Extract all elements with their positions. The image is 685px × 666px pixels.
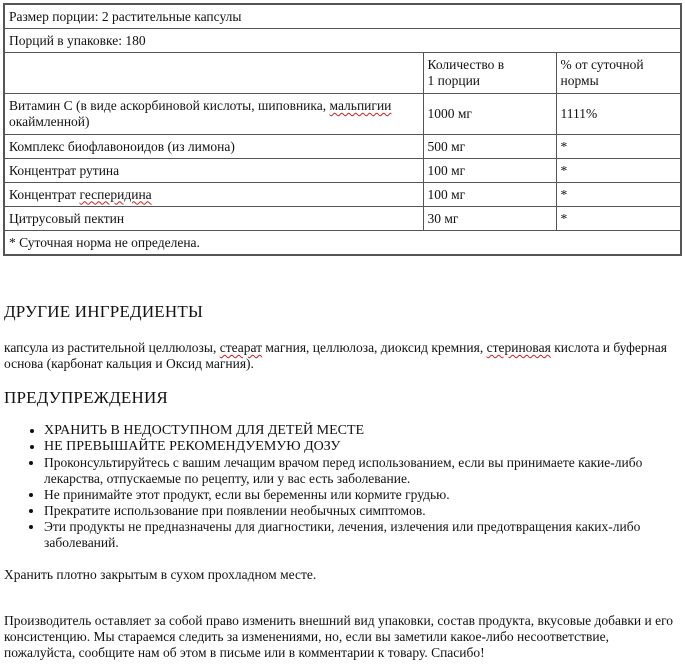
- header-daily-value-cell: % от суточной нормы: [556, 53, 681, 94]
- table-row: Цитрусовый пектин 30 мг *: [4, 207, 681, 231]
- daily-value-cell: *: [556, 135, 681, 159]
- amount-cell: 100 мг: [423, 183, 556, 207]
- header-amount-cell: Количество в 1 порции: [423, 53, 556, 94]
- header-amount-line1: Количество в: [428, 57, 505, 72]
- warnings-list: ХРАНИТЬ В НЕДОСТУПНОМ ДЛЯ ДЕТЕЙ МЕСТЕ НЕ…: [0, 423, 680, 551]
- spellcheck-word[interactable]: гесперидина: [79, 187, 151, 202]
- daily-value-cell: 1111%: [556, 94, 681, 135]
- warning-item: Проконсультируйтесь с вашим лечащим врач…: [44, 455, 680, 487]
- ingredient-name-cell: Комплекс биофлавоноидов (из лимона): [4, 135, 423, 159]
- ingredient-name-cell: Концентрат рутина: [4, 159, 423, 183]
- amount-cell: 30 мг: [423, 207, 556, 231]
- warning-item: ХРАНИТЬ В НЕДОСТУПНОМ ДЛЯ ДЕТЕЙ МЕСТЕ: [44, 423, 680, 439]
- table-row: Концентрат рутина 100 мг *: [4, 159, 681, 183]
- footnote-cell: * Суточная норма не определена.: [4, 231, 681, 256]
- amount-cell: 1000 мг: [423, 94, 556, 135]
- table-row: Витамин C (в виде аскорбиновой кислоты, …: [4, 94, 681, 135]
- servings-per-container-row: Порций в упаковке: 180: [4, 29, 681, 53]
- daily-value-cell: *: [556, 207, 681, 231]
- spellcheck-word[interactable]: стеарат: [220, 340, 262, 355]
- serving-size-cell: Размер порции: 2 растительные капсулы: [4, 4, 681, 29]
- amount-cell: 500 мг: [423, 135, 556, 159]
- ingredients-text-part: капсула из растительной целлюлозы,: [4, 340, 220, 355]
- storage-note: Хранить плотно закрытым в сухом прохладн…: [4, 567, 680, 583]
- warning-item: Прекратите использование при появлении н…: [44, 503, 680, 519]
- serving-size-row: Размер порции: 2 растительные капсулы: [4, 4, 681, 29]
- ingredient-name-text: Витамин C (в виде аскорбиновой кислоты, …: [9, 98, 330, 113]
- servings-per-container-cell: Порций в упаковке: 180: [4, 29, 681, 53]
- header-daily-value-line2: нормы: [561, 73, 599, 88]
- warning-item: НЕ ПРЕВЫШАЙТЕ РЕКОМЕНДУЕМУЮ ДОЗУ: [44, 439, 680, 455]
- spellcheck-word[interactable]: мальпигии: [330, 98, 392, 113]
- amount-cell: 100 мг: [423, 159, 556, 183]
- ingredient-name-text: Концентрат: [9, 187, 79, 202]
- manufacturer-disclaimer: Производитель оставляет за собой право и…: [4, 613, 680, 661]
- warning-item: Не принимайте этот продукт, если вы бере…: [44, 487, 680, 503]
- warning-item: Эти продукты не предназначены для диагно…: [44, 519, 680, 551]
- header-amount-line2: 1 порции: [428, 73, 481, 88]
- table-row: Комплекс биофлавоноидов (из лимона) 500 …: [4, 135, 681, 159]
- daily-value-cell: *: [556, 183, 681, 207]
- other-ingredients-text: капсула из растительной целлюлозы, стеар…: [4, 340, 680, 372]
- supplement-facts-table: Размер порции: 2 растительные капсулы По…: [3, 3, 682, 256]
- ingredient-name-cell: Витамин C (в виде аскорбиновой кислоты, …: [4, 94, 423, 135]
- table-header-row: Количество в 1 порции % от суточной норм…: [4, 53, 681, 94]
- ingredients-text-part: магния, целлюлоза, диоксид кремния,: [262, 340, 487, 355]
- table-row: Концентрат гесперидина 100 мг *: [4, 183, 681, 207]
- ingredient-name-cell: Цитрусовый пектин: [4, 207, 423, 231]
- footnote-row: * Суточная норма не определена.: [4, 231, 681, 256]
- ingredient-name-text-cont: окаймленной): [9, 114, 90, 129]
- header-daily-value-line1: % от суточной: [561, 57, 644, 72]
- header-name-cell: [4, 53, 423, 94]
- daily-value-cell: *: [556, 159, 681, 183]
- other-ingredients-title: ДРУГИЕ ИНГРЕДИЕНТЫ: [4, 302, 203, 322]
- spellcheck-word[interactable]: стериновая: [487, 340, 551, 355]
- warnings-title: ПРЕДУПРЕЖДЕНИЯ: [4, 388, 168, 408]
- ingredient-name-cell: Концентрат гесперидина: [4, 183, 423, 207]
